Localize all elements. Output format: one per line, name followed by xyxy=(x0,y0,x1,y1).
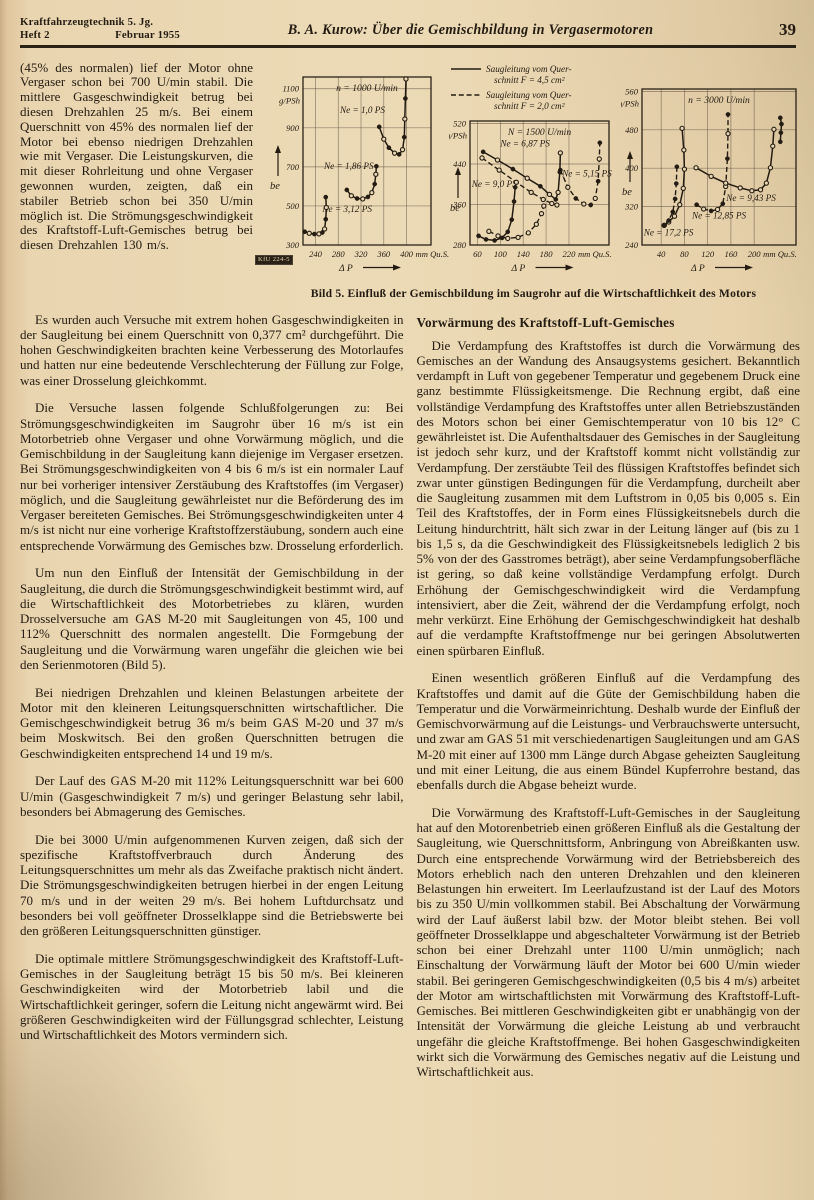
svg-text:mm Qu.S.: mm Qu.S. xyxy=(763,249,797,259)
section-heading: Vorwärmung des Kraftstoff-Luft-Gemisches xyxy=(417,315,801,331)
paragraph: Die bei 3000 U/min aufgenommenen Kurven … xyxy=(20,832,404,939)
svg-text:mm Qu.S.: mm Qu.S. xyxy=(416,249,449,259)
svg-text:520: 520 xyxy=(453,118,467,128)
svg-text:g/PSh: g/PSh xyxy=(621,98,640,108)
page-number: 39 xyxy=(736,16,796,40)
paragraph: Einen wesentlich größeren Einfluß auf di… xyxy=(417,670,801,792)
right-column-paragraphs: Die Verdampfung des Kraftstoffes ist dur… xyxy=(417,338,801,1080)
svg-text:schnitt F = 4,5 cm²: schnitt F = 4,5 cm² xyxy=(494,75,565,85)
svg-text:240: 240 xyxy=(625,240,639,250)
svg-text:Ne = 12,85 PS: Ne = 12,85 PS xyxy=(691,210,747,220)
article-title: B. A. Kurow: Über die Gemischbildung in … xyxy=(205,16,736,39)
chart-1000-upm: KfU 224-5 3005007009001100g/PShbe2402803… xyxy=(253,61,449,282)
chart-svg: 240320400480560g/PShbe4080120160200mm Qu… xyxy=(621,61,814,277)
svg-text:n = 1000 U/min: n = 1000 U/min xyxy=(336,83,398,94)
svg-text:120: 120 xyxy=(701,249,715,259)
svg-text:100: 100 xyxy=(494,249,508,259)
svg-text:560: 560 xyxy=(625,86,639,96)
svg-text:400: 400 xyxy=(400,249,414,259)
paragraph: Die Versuche lassen folgende Schlußfolge… xyxy=(20,400,404,553)
svg-text:240: 240 xyxy=(309,249,323,259)
svg-text:Δ P: Δ P xyxy=(338,263,353,274)
svg-text:Saugleitung vom Quer-: Saugleitung vom Quer- xyxy=(486,64,572,74)
chart-svg: 3005007009001100g/PShbe240280320360400mm… xyxy=(253,61,449,277)
paragraph: Um nun den Einfluß der Intensität der Ge… xyxy=(20,565,404,672)
svg-text:Δ P: Δ P xyxy=(511,263,526,274)
svg-text:be: be xyxy=(450,203,460,214)
svg-text:220: 220 xyxy=(563,249,577,259)
svg-text:schnitt F = 2,0 cm²: schnitt F = 2,0 cm² xyxy=(494,101,565,111)
page-header: Kraftfahrzeugtechnik 5. Jg. Heft 2 Febru… xyxy=(20,16,812,41)
svg-text:900: 900 xyxy=(286,122,300,132)
chart-svg: 280360440520g/PShbe60100140180220mm Qu.S… xyxy=(449,61,621,277)
svg-text:80: 80 xyxy=(680,249,689,259)
intro-column: (45% des normalen) lief der Motor ohne V… xyxy=(20,61,253,300)
paragraph: Der Lauf des GAS M-20 mit 112% Leitungsq… xyxy=(20,773,404,819)
svg-text:n = 3000 U/min: n = 3000 U/min xyxy=(688,95,750,106)
svg-text:180: 180 xyxy=(540,249,554,259)
journal-page: Kraftfahrzeugtechnik 5. Jg. Heft 2 Febru… xyxy=(0,0,814,1200)
archive-stamp: KfU 224-5 xyxy=(255,255,293,265)
right-column: Vorwärmung des Kraftstoff-Luft-Gemisches… xyxy=(417,312,801,1092)
svg-text:320: 320 xyxy=(354,249,369,259)
svg-text:Ne = 1,86 PS: Ne = 1,86 PS xyxy=(323,160,374,170)
svg-text:700: 700 xyxy=(286,161,300,171)
svg-text:Ne = 9,0 PS: Ne = 9,0 PS xyxy=(471,178,517,188)
paragraph: Die Verdampfung des Kraftstoffes ist dur… xyxy=(417,338,801,658)
svg-text:360: 360 xyxy=(376,249,391,259)
intro-paragraph: (45% des normalen) lief der Motor ohne V… xyxy=(20,61,253,253)
journal-issue: Heft 2 xyxy=(20,29,50,42)
svg-text:N = 1500 U/min: N = 1500 U/min xyxy=(507,127,571,138)
left-column: Es wurden auch Versuche mit extrem hohen… xyxy=(20,312,404,1092)
svg-text:Δ P: Δ P xyxy=(690,263,705,274)
svg-text:g/PSh: g/PSh xyxy=(279,95,301,105)
svg-text:Ne = 5,15 PS: Ne = 5,15 PS xyxy=(561,168,612,178)
svg-text:mm Qu.S.: mm Qu.S. xyxy=(578,249,612,259)
svg-text:400: 400 xyxy=(625,163,639,173)
svg-text:40: 40 xyxy=(657,249,666,259)
paragraph: Die Vorwärmung des Kraftstoff-Luft-Gemis… xyxy=(417,805,801,1080)
svg-text:g/PSh: g/PSh xyxy=(449,130,468,140)
journal-date: Februar 1955 xyxy=(115,29,180,42)
svg-text:280: 280 xyxy=(332,249,346,259)
svg-text:1100: 1100 xyxy=(282,83,299,93)
svg-text:440: 440 xyxy=(453,159,467,169)
figure-bild5: KfU 224-5 3005007009001100g/PShbe2402803… xyxy=(253,61,814,300)
top-section: (45% des normalen) lief der Motor ohne V… xyxy=(20,61,812,300)
journal-name: Kraftfahrzeugtechnik 5. Jg. xyxy=(20,16,205,29)
svg-text:be: be xyxy=(622,187,632,198)
chart-1500-upm: 280360440520g/PShbe60100140180220mm Qu.S… xyxy=(449,61,621,282)
body-columns: Es wurden auch Versuche mit extrem hohen… xyxy=(20,312,812,1092)
chart-row: KfU 224-5 3005007009001100g/PShbe2402803… xyxy=(253,61,814,282)
svg-text:Ne = 17,2 PS: Ne = 17,2 PS xyxy=(643,227,694,237)
svg-text:Ne = 1,0 PS: Ne = 1,0 PS xyxy=(339,105,385,115)
journal-info: Kraftfahrzeugtechnik 5. Jg. Heft 2 Febru… xyxy=(20,16,205,41)
svg-text:300: 300 xyxy=(285,240,300,250)
svg-text:480: 480 xyxy=(625,124,639,134)
svg-text:320: 320 xyxy=(624,201,639,211)
svg-text:200: 200 xyxy=(748,249,762,259)
svg-text:60: 60 xyxy=(473,249,482,259)
paragraph: Es wurden auch Versuche mit extrem hohen… xyxy=(20,312,404,388)
svg-text:160: 160 xyxy=(724,249,738,259)
svg-text:280: 280 xyxy=(453,240,467,250)
paragraph: Die optimale mittlere Strömungsgeschwind… xyxy=(20,951,404,1043)
svg-text:140: 140 xyxy=(517,249,531,259)
paragraph: Bei niedrigen Drehzahlen und kleinen Bel… xyxy=(20,685,404,761)
chart-3000-upm: 240320400480560g/PShbe4080120160200mm Qu… xyxy=(621,61,814,282)
svg-text:Ne = 6,87 PS: Ne = 6,87 PS xyxy=(499,138,550,148)
svg-text:Saugleitung vom Quer-: Saugleitung vom Quer- xyxy=(486,90,572,100)
figure-caption: Bild 5. Einfluß der Gemischbildung im Sa… xyxy=(253,287,814,300)
header-rule xyxy=(20,45,796,48)
svg-text:Ne = 3,12 PS: Ne = 3,12 PS xyxy=(321,203,372,213)
svg-text:500: 500 xyxy=(286,201,300,211)
svg-text:Ne = 9,43 PS: Ne = 9,43 PS xyxy=(725,192,776,202)
svg-text:be: be xyxy=(270,181,280,192)
